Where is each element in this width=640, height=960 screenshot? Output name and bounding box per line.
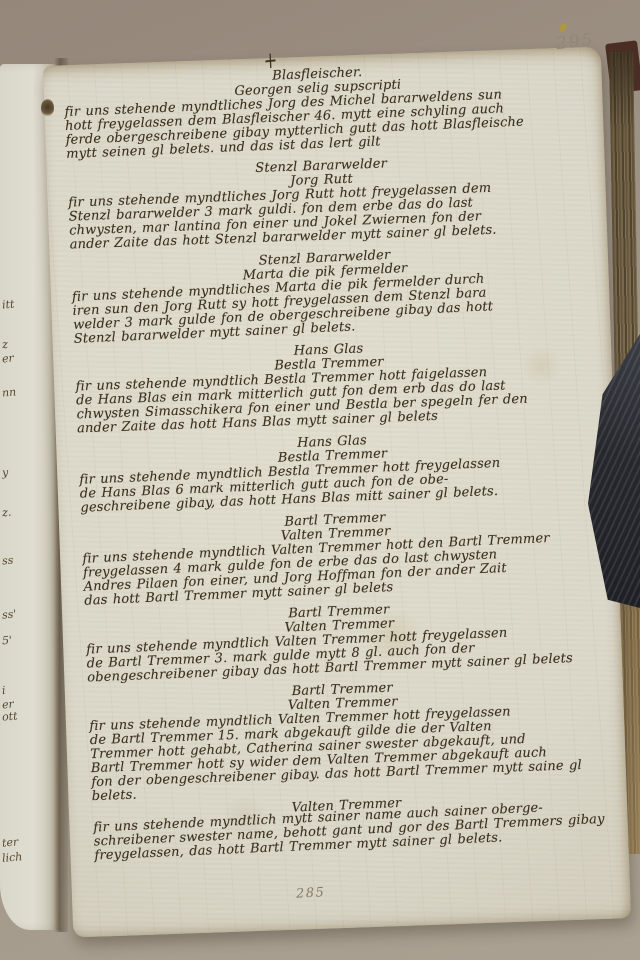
manuscript-photo: + 295 285 Blasfleischer.Georgen selig su… xyxy=(0,0,640,960)
entry-section: Hans GlasBestla Tremmerfir uns stehende … xyxy=(74,335,585,437)
folio-number-bottom: 285 xyxy=(296,885,326,902)
gutter-wormhole xyxy=(41,99,54,117)
entry-section: Stenzl BararwelderMarta die pik fermelde… xyxy=(70,240,581,347)
left-page-text-fragment: ss xyxy=(1,554,13,568)
left-page-text-fragment: ter xyxy=(1,835,18,849)
left-page-text-fragment: z xyxy=(1,338,8,351)
left-page-text-fragment: lich xyxy=(1,850,22,865)
left-page-text-fragment: z. xyxy=(1,506,11,520)
entry-section: Stenzl BararwelderJorg Ruttfir uns stehe… xyxy=(67,151,578,253)
entry-section: Bartl TremmerValten Tremmerfir uns stehe… xyxy=(88,674,600,804)
entry-section: Hans GlasBestla Tremmerfir uns stehende … xyxy=(78,425,588,515)
entry-section: Bartl TremmerValten Tremmerfir uns stehe… xyxy=(81,502,592,609)
left-page-text-fragment: 5' xyxy=(1,634,12,648)
manuscript-text: Blasfleischer.Georgen selig supscriptifi… xyxy=(63,58,602,863)
left-page-text-fragment: er xyxy=(1,352,14,366)
debris-speck xyxy=(558,22,568,33)
entry-section: Bartl TremmerValten Tremmerfir uns stehe… xyxy=(85,595,595,685)
left-page-text-fragment: y xyxy=(1,466,8,479)
left-page-text-fragment: ott xyxy=(1,709,18,723)
left-page-text-fragment: nn xyxy=(1,385,16,399)
left-page-text-fragment: ss' xyxy=(1,607,16,621)
left-page-text-fragment: itt xyxy=(1,297,14,311)
